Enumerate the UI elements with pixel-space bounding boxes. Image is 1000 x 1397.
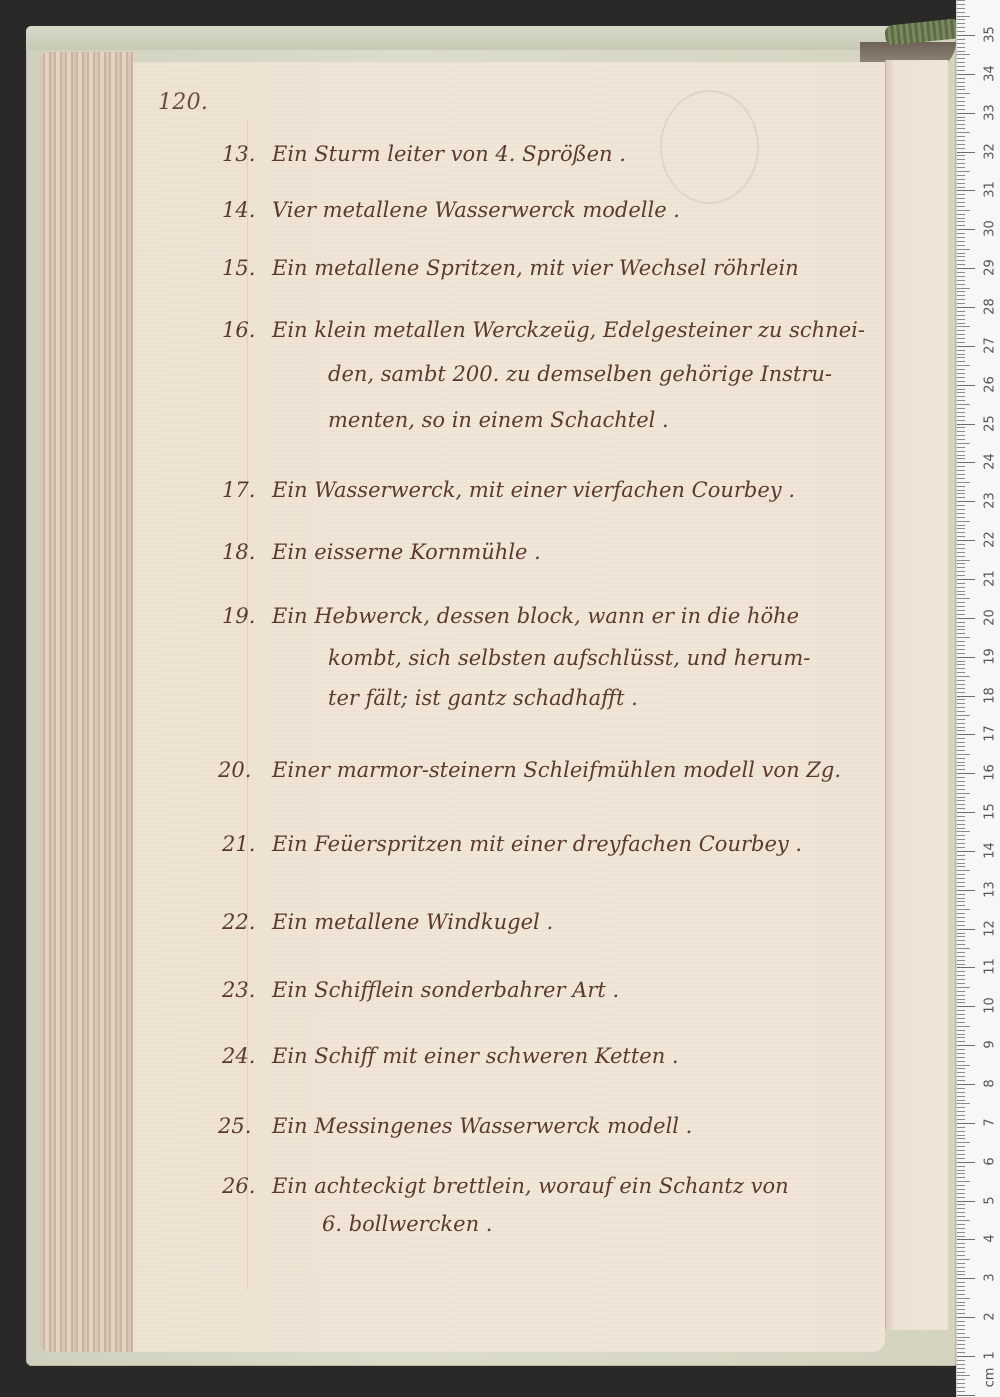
ruler-tick bbox=[957, 1325, 965, 1326]
ruler-tick bbox=[957, 35, 975, 36]
ruler-tick bbox=[957, 214, 965, 215]
ruler-tick bbox=[957, 62, 965, 63]
ruler-tick bbox=[957, 288, 970, 289]
entry-number: 20. bbox=[218, 758, 251, 782]
entry-number: 26. bbox=[222, 1174, 255, 1198]
ruler-tick bbox=[957, 828, 965, 829]
ruler-tick bbox=[957, 1309, 965, 1310]
ruler-tick bbox=[957, 614, 965, 615]
ruler-tick bbox=[957, 587, 965, 588]
ruler-tick bbox=[957, 1228, 965, 1229]
ruler-tick bbox=[957, 1166, 965, 1167]
ruler-tick bbox=[957, 0, 965, 1]
ruler-tick bbox=[957, 727, 965, 728]
ruler-tick bbox=[957, 1274, 965, 1275]
ruler-cm-label: 19 bbox=[983, 645, 998, 667]
next-leaf-edge bbox=[885, 60, 948, 1330]
ruler-tick bbox=[957, 696, 975, 697]
ruler-tick bbox=[957, 1247, 965, 1248]
ruler-tick bbox=[957, 307, 975, 308]
ruler-tick bbox=[957, 1212, 965, 1213]
ruler-tick bbox=[957, 1053, 965, 1054]
ruler-tick bbox=[957, 357, 965, 358]
ruler-tick bbox=[957, 206, 965, 207]
ruler-tick bbox=[957, 225, 965, 226]
ruler-tick bbox=[957, 855, 965, 856]
ruler-tick bbox=[957, 626, 965, 627]
ruler-tick bbox=[957, 117, 965, 118]
ruler-tick bbox=[957, 820, 965, 821]
ruler-tick bbox=[957, 637, 970, 638]
ruler-tick bbox=[957, 1356, 975, 1357]
ruler-tick bbox=[957, 303, 965, 304]
ruler-tick bbox=[957, 284, 965, 285]
ruler-tick bbox=[957, 684, 965, 685]
entry-text: Ein eisserne Kornmühle . bbox=[272, 540, 541, 564]
ruler-tick bbox=[957, 645, 965, 646]
ruler-tick bbox=[957, 179, 965, 180]
ruler-tick bbox=[957, 898, 965, 899]
ruler-tick bbox=[957, 556, 965, 557]
ruler-tick bbox=[957, 175, 965, 176]
ruler-tick bbox=[957, 47, 965, 48]
ruler-tick bbox=[957, 291, 965, 292]
ruler-tick bbox=[957, 198, 965, 199]
entry-text: Ein Schifflein sonderbahrer Art . bbox=[272, 978, 619, 1002]
entry-number: 24. bbox=[222, 1044, 255, 1068]
ruler-cm-label: 28 bbox=[983, 295, 998, 317]
ruler-tick bbox=[957, 1189, 965, 1190]
ruler-cm-label: 32 bbox=[983, 140, 998, 162]
ruler-tick bbox=[957, 688, 965, 689]
ruler-tick bbox=[957, 1061, 965, 1062]
ruler-tick bbox=[957, 202, 965, 203]
ruler-tick bbox=[957, 540, 975, 541]
ruler-cm-label: 9 bbox=[983, 1034, 998, 1056]
ruler-tick bbox=[957, 190, 975, 191]
ruler-tick bbox=[957, 486, 965, 487]
ruler-tick bbox=[957, 1177, 965, 1178]
ruler-tick bbox=[957, 754, 970, 755]
entry-text: Ein Messingenes Wasserwerck modell . bbox=[272, 1114, 692, 1138]
ruler-tick bbox=[957, 326, 970, 327]
ruler-tick bbox=[957, 680, 965, 681]
ruler-tick bbox=[957, 439, 965, 440]
ruler-tick bbox=[957, 956, 965, 957]
ruler-tick bbox=[957, 699, 965, 700]
ruler-tick bbox=[957, 19, 965, 20]
ruler-tick bbox=[957, 1080, 965, 1081]
ruler-tick bbox=[957, 253, 965, 254]
ruler-tick bbox=[957, 1290, 965, 1291]
ruler-tick bbox=[957, 1158, 965, 1159]
ruler-tick bbox=[957, 878, 965, 879]
ruler-tick bbox=[957, 882, 965, 883]
ruler-tick bbox=[957, 443, 970, 444]
ruler-tick bbox=[957, 870, 970, 871]
ruler-tick bbox=[957, 521, 970, 522]
ruler-tick bbox=[957, 1243, 965, 1244]
entry-text: Ein Feüerspritzen mit einer dreyfachen C… bbox=[272, 832, 802, 856]
ruler-cm-label: 4 bbox=[983, 1228, 998, 1250]
ruler-cm-label: 20 bbox=[983, 606, 998, 628]
ruler-unit-label: cm bbox=[983, 1367, 998, 1389]
ruler-tick bbox=[957, 1150, 965, 1151]
ruler-tick bbox=[957, 528, 965, 529]
ruler-tick bbox=[957, 1282, 965, 1283]
ruler-tick bbox=[957, 4, 965, 5]
ruler-tick bbox=[957, 800, 965, 801]
ruler-tick bbox=[957, 886, 965, 887]
ruler-tick bbox=[957, 1333, 965, 1334]
entry-text: Ein Wasserwerck, mit einer vierfachen Co… bbox=[272, 478, 795, 502]
ruler-tick bbox=[957, 167, 965, 168]
entry-number: 15. bbox=[222, 256, 255, 280]
ruler-tick bbox=[957, 940, 965, 941]
ruler-tick bbox=[957, 447, 965, 448]
ruler-tick bbox=[957, 649, 965, 650]
ruler-tick bbox=[957, 276, 965, 277]
ruler-tick bbox=[957, 560, 970, 561]
ruler-tick bbox=[957, 742, 965, 743]
ruler-tick bbox=[957, 606, 965, 607]
measurement-ruler: cm 1234567891011121314151617181920212223… bbox=[956, 0, 1000, 1397]
ruler-tick bbox=[957, 1204, 965, 1205]
ruler-tick bbox=[957, 435, 965, 436]
ruler-tick bbox=[957, 1395, 975, 1396]
ruler-tick bbox=[957, 1251, 965, 1252]
ruler-tick bbox=[957, 97, 965, 98]
ruler-tick bbox=[957, 692, 965, 693]
entry-text: Ein klein metallen Werckzeüg, Edelgestei… bbox=[272, 318, 865, 342]
ruler-tick bbox=[957, 1387, 965, 1388]
ruler-tick bbox=[957, 31, 965, 32]
folio-number: 120. bbox=[158, 90, 208, 115]
ruler-tick bbox=[957, 851, 975, 852]
ruler-tick bbox=[957, 777, 965, 778]
ruler-tick bbox=[957, 66, 965, 67]
ruler-tick bbox=[957, 1216, 965, 1217]
ruler-tick bbox=[957, 1010, 965, 1011]
ruler-tick bbox=[957, 1232, 965, 1233]
ruler-tick bbox=[957, 183, 965, 184]
ruler-tick bbox=[957, 633, 965, 634]
ruler-cm-label: 21 bbox=[983, 567, 998, 589]
ruler-tick bbox=[957, 427, 965, 428]
ruler-tick bbox=[957, 334, 965, 335]
ruler-tick bbox=[957, 1041, 965, 1042]
ruler-tick bbox=[957, 765, 965, 766]
ruler-tick bbox=[957, 385, 975, 386]
entry-number: 25. bbox=[218, 1114, 251, 1138]
ruler-tick bbox=[957, 272, 965, 273]
ruler-tick bbox=[957, 1201, 975, 1202]
ruler-tick bbox=[957, 548, 965, 549]
show-through-stamp bbox=[660, 90, 759, 204]
ruler-cm-label: 8 bbox=[983, 1073, 998, 1095]
entry-number: 13. bbox=[222, 142, 255, 166]
ruler-tick bbox=[957, 979, 965, 980]
ruler-tick bbox=[957, 404, 970, 405]
ruler-tick bbox=[957, 338, 965, 339]
ruler-tick bbox=[957, 602, 965, 603]
ruler-tick bbox=[957, 999, 965, 1000]
ruler-tick bbox=[957, 944, 965, 945]
ruler-tick bbox=[957, 1220, 970, 1221]
ruler-cm-label: 25 bbox=[983, 412, 998, 434]
ruler-cm-label: 13 bbox=[983, 878, 998, 900]
ruler-tick bbox=[957, 1072, 965, 1073]
ruler-tick bbox=[957, 1239, 975, 1240]
ruler-tick bbox=[957, 89, 965, 90]
ruler-cm-label: 27 bbox=[983, 334, 998, 356]
ruler-tick bbox=[957, 1088, 965, 1089]
ruler-tick bbox=[957, 1084, 975, 1085]
ruler-tick bbox=[957, 676, 970, 677]
ruler-tick bbox=[957, 482, 970, 483]
ruler-tick bbox=[957, 408, 965, 409]
ruler-tick bbox=[957, 703, 965, 704]
ruler-cm-label: 12 bbox=[983, 917, 998, 939]
ruler-tick bbox=[957, 474, 965, 475]
ruler-tick bbox=[957, 847, 965, 848]
ruler-tick bbox=[957, 319, 965, 320]
ruler-tick bbox=[957, 967, 975, 968]
ruler-tick bbox=[957, 221, 965, 222]
ruler-tick bbox=[957, 268, 975, 269]
ruler-tick bbox=[957, 27, 965, 28]
ruler-tick bbox=[957, 501, 975, 502]
ruler-tick bbox=[957, 563, 965, 564]
ruler-cm-label: 2 bbox=[983, 1306, 998, 1328]
ruler-tick bbox=[957, 995, 965, 996]
ruler-tick bbox=[957, 925, 965, 926]
ruler-tick bbox=[957, 816, 965, 817]
ruler-tick bbox=[957, 933, 965, 934]
ruler-tick bbox=[957, 641, 965, 642]
ruler-tick bbox=[957, 532, 965, 533]
ruler-tick bbox=[957, 1379, 965, 1380]
ruler-tick bbox=[957, 890, 975, 891]
ruler-tick bbox=[957, 1092, 965, 1093]
ruler-tick bbox=[957, 1162, 975, 1163]
ruler-tick bbox=[957, 1181, 970, 1182]
ruler-tick bbox=[957, 458, 965, 459]
entry-text: Einer marmor-steinern Schleifmühlen mode… bbox=[272, 758, 841, 782]
ruler-tick bbox=[957, 58, 965, 59]
entry-text: menten, so in einem Schachtel . bbox=[328, 408, 669, 432]
ruler-cm-label: 23 bbox=[983, 490, 998, 512]
ruler-tick bbox=[957, 132, 970, 133]
ruler-tick bbox=[957, 1313, 965, 1314]
ruler-tick bbox=[957, 311, 965, 312]
ruler-tick bbox=[957, 1142, 970, 1143]
ruler-tick bbox=[957, 381, 965, 382]
ruler-tick bbox=[957, 622, 965, 623]
entry-text: Ein metallene Windkugel . bbox=[272, 910, 553, 934]
ruler-cm-label: 11 bbox=[983, 956, 998, 978]
entry-number: 17. bbox=[222, 478, 255, 502]
ruler-tick bbox=[957, 668, 965, 669]
ruler-cm-label: 10 bbox=[983, 995, 998, 1017]
ruler-tick bbox=[957, 1368, 965, 1369]
ruler-tick bbox=[957, 1006, 975, 1007]
ruler-tick bbox=[957, 82, 965, 83]
ruler-tick bbox=[957, 661, 965, 662]
ruler-tick bbox=[957, 762, 965, 763]
ruler-tick bbox=[957, 552, 965, 553]
ruler-tick bbox=[957, 894, 965, 895]
ruler-tick bbox=[957, 497, 965, 498]
ruler-tick bbox=[957, 517, 965, 518]
ruler-tick bbox=[957, 43, 965, 44]
ruler-tick bbox=[957, 789, 965, 790]
ruler-cm-label: 17 bbox=[983, 723, 998, 745]
ruler-tick bbox=[957, 148, 965, 149]
ruler-tick bbox=[957, 361, 965, 362]
ruler-tick bbox=[957, 187, 965, 188]
ruler-tick bbox=[957, 1002, 965, 1003]
ruler-tick bbox=[957, 629, 965, 630]
ruler-tick bbox=[957, 1014, 965, 1015]
entry-text: kombt, sich selbsten aufschlüsst, und he… bbox=[328, 646, 810, 670]
ruler-tick bbox=[957, 719, 965, 720]
ruler-cm-label: 26 bbox=[983, 373, 998, 395]
ruler-tick bbox=[957, 1103, 970, 1104]
entry-number: 14. bbox=[222, 198, 255, 222]
ruler-tick bbox=[957, 1045, 975, 1046]
ruler-tick bbox=[957, 773, 975, 774]
ruler-tick bbox=[957, 1340, 965, 1341]
ruler-tick bbox=[957, 23, 965, 24]
ruler-tick bbox=[957, 1049, 965, 1050]
ruler-tick bbox=[957, 936, 965, 937]
ruler-tick bbox=[957, 280, 965, 281]
ruler-tick bbox=[957, 342, 965, 343]
ruler-tick bbox=[957, 1185, 965, 1186]
ruler-tick bbox=[957, 598, 970, 599]
ruler-tick bbox=[957, 1236, 965, 1237]
ruler-tick bbox=[957, 536, 965, 537]
ruler-tick bbox=[957, 412, 965, 413]
ruler-tick bbox=[957, 1197, 965, 1198]
ruler-tick bbox=[957, 1364, 965, 1365]
ruler-tick bbox=[957, 575, 965, 576]
ruler-tick bbox=[957, 1278, 975, 1279]
ruler-tick bbox=[957, 152, 975, 153]
ruler-tick bbox=[957, 12, 965, 13]
ruler-tick bbox=[957, 233, 965, 234]
ruler-tick bbox=[957, 1294, 965, 1295]
entry-text: den, sambt 200. zu demselben gehörige In… bbox=[328, 362, 832, 386]
ruler-tick bbox=[957, 1372, 965, 1373]
ruler-cm-label: 6 bbox=[983, 1150, 998, 1172]
ruler-cm-label: 34 bbox=[983, 62, 998, 84]
entry-number: 23. bbox=[222, 978, 255, 1002]
ruler-tick bbox=[957, 120, 965, 121]
ruler-tick bbox=[957, 8, 965, 9]
ruler-tick bbox=[957, 1317, 975, 1318]
ruler-cm-label: 33 bbox=[983, 101, 998, 123]
ruler-tick bbox=[957, 86, 965, 87]
ruler-tick bbox=[957, 256, 965, 257]
entry-number: 16. bbox=[222, 318, 255, 342]
ruler-tick bbox=[957, 746, 965, 747]
ruler-tick bbox=[957, 350, 965, 351]
ruler-tick bbox=[957, 1146, 965, 1147]
ruler-tick bbox=[957, 1034, 965, 1035]
ruler-tick bbox=[957, 210, 970, 211]
ruler-cm-label: 35 bbox=[983, 24, 998, 46]
ruler-cm-label: 30 bbox=[983, 218, 998, 240]
ruler-tick bbox=[957, 672, 965, 673]
entry-text: Ein metallene Spritzen, mit vier Wechsel… bbox=[272, 256, 799, 280]
ruler-tick bbox=[957, 264, 965, 265]
ruler-tick bbox=[957, 843, 965, 844]
ruler-tick bbox=[957, 493, 965, 494]
ruler-tick bbox=[957, 54, 970, 55]
ruler-tick bbox=[957, 1026, 970, 1027]
ruler-tick bbox=[957, 136, 965, 137]
ruler-tick bbox=[957, 808, 965, 809]
ruler-tick bbox=[957, 913, 965, 914]
ruler-tick bbox=[957, 901, 965, 902]
ruler-tick bbox=[957, 653, 965, 654]
ruler-cm-label: 16 bbox=[983, 762, 998, 784]
ruler-tick bbox=[957, 1255, 965, 1256]
ruler-tick bbox=[957, 1344, 965, 1345]
ruler-tick bbox=[957, 1096, 965, 1097]
ruler-tick bbox=[957, 866, 965, 867]
entry-number: 18. bbox=[222, 540, 255, 564]
ruler-tick bbox=[957, 1119, 965, 1120]
ruler-tick bbox=[957, 1068, 965, 1069]
ruler-tick bbox=[957, 1154, 965, 1155]
ruler-tick bbox=[957, 975, 965, 976]
ruler-tick bbox=[957, 874, 965, 875]
ruler-tick bbox=[957, 315, 965, 316]
ruler-cm-label: 18 bbox=[983, 684, 998, 706]
ruler-tick bbox=[957, 863, 965, 864]
ruler-tick bbox=[957, 905, 965, 906]
entry-text: ter fält; ist gantz schadhafft . bbox=[328, 686, 638, 710]
ruler-tick bbox=[957, 987, 970, 988]
ruler-tick bbox=[957, 1224, 965, 1225]
ruler-tick bbox=[957, 1271, 965, 1272]
ruler-tick bbox=[957, 392, 965, 393]
ruler-tick bbox=[957, 513, 965, 514]
ruler-tick bbox=[957, 1135, 965, 1136]
ruler-tick bbox=[957, 1030, 965, 1031]
ruler-tick bbox=[957, 229, 975, 230]
ruler-tick bbox=[957, 1138, 965, 1139]
ruler-tick bbox=[957, 835, 965, 836]
ruler-tick bbox=[957, 1208, 965, 1209]
ruler-tick bbox=[957, 105, 965, 106]
entry-text: Ein achteckigt brettlein, worauf ein Sch… bbox=[272, 1174, 789, 1198]
ruler-tick bbox=[957, 1100, 965, 1101]
ruler-tick bbox=[957, 39, 965, 40]
ruler-tick bbox=[957, 571, 965, 572]
ruler-tick bbox=[957, 420, 965, 421]
ruler-tick bbox=[957, 194, 965, 195]
ruler-tick bbox=[957, 93, 970, 94]
ruler-tick bbox=[957, 51, 965, 52]
ruler-tick bbox=[957, 478, 965, 479]
ruler-tick bbox=[957, 1022, 965, 1023]
ruler-tick bbox=[957, 1298, 970, 1299]
ruler-cm-label: 22 bbox=[983, 529, 998, 551]
